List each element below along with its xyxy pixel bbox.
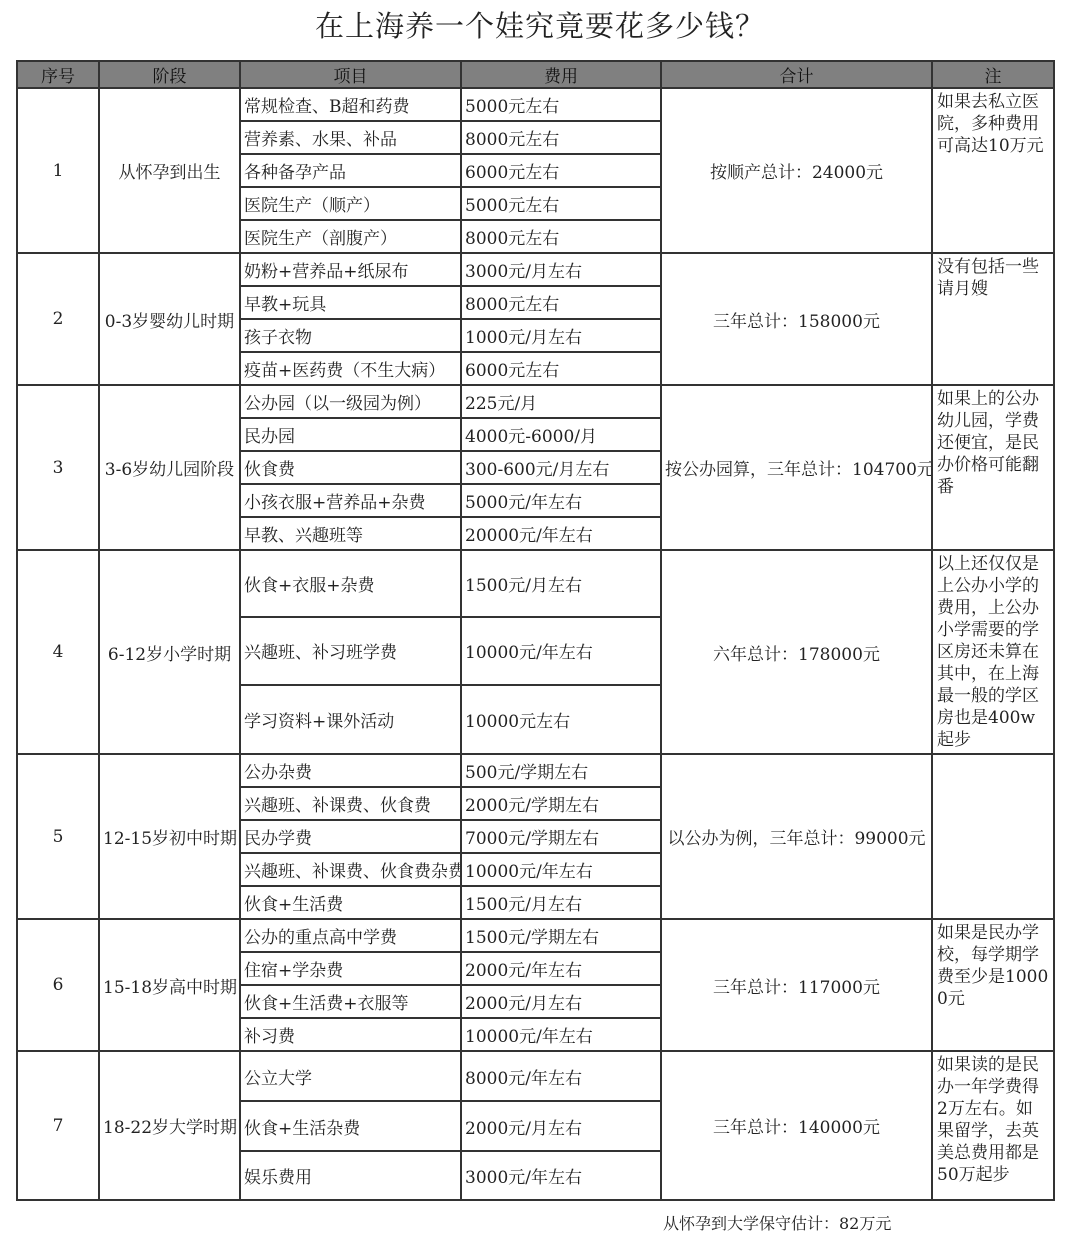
header-stage: 阶段 <box>99 61 240 88</box>
item-cell: 各种备孕产品 <box>240 154 461 187</box>
fee-cell: 1500元/月左右 <box>461 886 661 919</box>
table-row: 33-6岁幼儿园阶段公办园（以一级园为例）225元/月按公办园算，三年总计：10… <box>17 385 1054 418</box>
table-row: 512-15岁初中时期公办杂费500元/学期左右以公办为例，三年总计：99000… <box>17 754 1054 787</box>
item-cell: 民办园 <box>240 418 461 451</box>
stage-name-cell: 12-15岁初中时期 <box>99 754 240 919</box>
stage-note-cell <box>932 754 1054 919</box>
fee-cell: 2000元/月左右 <box>461 1101 661 1151</box>
stage-name-cell: 从怀孕到出生 <box>99 88 240 253</box>
stage-note-cell: 以上还仅仅是上公办小学的费用，上公办小学需要的学区房还未算在其中，在上海最一般的… <box>932 550 1054 754</box>
item-cell: 伙食+生活杂费 <box>240 1101 461 1151</box>
fee-cell: 225元/月 <box>461 385 661 418</box>
stage-number-cell: 7 <box>17 1051 99 1200</box>
stage-total-cell: 以公办为例，三年总计：99000元 <box>661 754 932 919</box>
header-note: 注 <box>932 61 1054 88</box>
fee-cell: 500元/学期左右 <box>461 754 661 787</box>
item-cell: 孩子衣物 <box>240 319 461 352</box>
table-row: 46-12岁小学时期伙食+衣服+杂费1500元/月左右六年总计：178000元以… <box>17 550 1054 617</box>
item-cell: 公立大学 <box>240 1051 461 1101</box>
item-cell: 兴趣班、补课费、伙食费 <box>240 787 461 820</box>
fee-cell: 6000元左右 <box>461 154 661 187</box>
fee-cell: 1500元/月左右 <box>461 550 661 617</box>
grand-total-footer: 从怀孕到大学保守估计：82万元 <box>663 1211 891 1234</box>
item-cell: 补习费 <box>240 1018 461 1051</box>
item-cell: 营养素、水果、补品 <box>240 121 461 154</box>
stage-name-cell: 18-22岁大学时期 <box>99 1051 240 1200</box>
fee-cell: 8000元左右 <box>461 286 661 319</box>
item-cell: 医院生产（剖腹产） <box>240 220 461 253</box>
item-cell: 民办学费 <box>240 820 461 853</box>
cost-table: 序号 阶段 项目 费用 合计 注 1从怀孕到出生常规检查、B超和药费5000元左… <box>16 60 1055 1201</box>
stage-number-cell: 4 <box>17 550 99 754</box>
fee-cell: 1000元/月左右 <box>461 319 661 352</box>
fee-cell: 5000元左右 <box>461 88 661 121</box>
item-cell: 学习资料+课外活动 <box>240 685 461 754</box>
item-cell: 伙食+生活费+衣服等 <box>240 985 461 1018</box>
item-cell: 娱乐费用 <box>240 1151 461 1200</box>
fee-cell: 2000元/月左右 <box>461 985 661 1018</box>
item-cell: 公办杂费 <box>240 754 461 787</box>
header-item: 项目 <box>240 61 461 88</box>
item-cell: 住宿+学杂费 <box>240 952 461 985</box>
fee-cell: 5000元左右 <box>461 187 661 220</box>
fee-cell: 6000元左右 <box>461 352 661 385</box>
fee-cell: 8000元/年左右 <box>461 1051 661 1101</box>
header-total: 合计 <box>661 61 932 88</box>
stage-number-cell: 2 <box>17 253 99 385</box>
fee-cell: 8000元左右 <box>461 121 661 154</box>
stage-number-cell: 5 <box>17 754 99 919</box>
item-cell: 小孩衣服+营养品+杂费 <box>240 484 461 517</box>
fee-cell: 2000元/年左右 <box>461 952 661 985</box>
fee-cell: 5000元/年左右 <box>461 484 661 517</box>
item-cell: 伙食+衣服+杂费 <box>240 550 461 617</box>
item-cell: 伙食+生活费 <box>240 886 461 919</box>
fee-cell: 1500元/学期左右 <box>461 919 661 952</box>
stage-note-cell: 如果去私立医院，多种费用可高达10万元 <box>932 88 1054 253</box>
item-cell: 公办的重点高中学费 <box>240 919 461 952</box>
fee-cell: 10000元左右 <box>461 685 661 754</box>
item-cell: 早教、兴趣班等 <box>240 517 461 550</box>
fee-cell: 10000元/年左右 <box>461 617 661 684</box>
stage-total-cell: 按顺产总计：24000元 <box>661 88 932 253</box>
item-cell: 公办园（以一级园为例） <box>240 385 461 418</box>
item-cell: 兴趣班、补习班学费 <box>240 617 461 684</box>
header-fee: 费用 <box>461 61 661 88</box>
stage-note-cell: 如果读的是民办一年学费得2万左右。如果留学，去英美总费用都是50万起步 <box>932 1051 1054 1200</box>
item-cell: 伙食费 <box>240 451 461 484</box>
stage-number-cell: 3 <box>17 385 99 550</box>
stage-total-cell: 三年总计：140000元 <box>661 1051 932 1200</box>
fee-cell: 10000元/年左右 <box>461 1018 661 1051</box>
stage-note-cell: 如果上的公办幼儿园，学费还便宜，是民办价格可能翻番 <box>932 385 1054 550</box>
stage-name-cell: 3-6岁幼儿园阶段 <box>99 385 240 550</box>
stage-note-cell: 如果是民办学校，每学期学费至少是10000元 <box>932 919 1054 1051</box>
stage-note-cell: 没有包括一些请月嫂 <box>932 253 1054 385</box>
table-row: 615-18岁高中时期公办的重点高中学费1500元/学期左右三年总计：11700… <box>17 919 1054 952</box>
fee-cell: 300-600元/月左右 <box>461 451 661 484</box>
item-cell: 疫苗+医药费（不生大病） <box>240 352 461 385</box>
stage-total-cell: 三年总计：117000元 <box>661 919 932 1051</box>
fee-cell: 8000元左右 <box>461 220 661 253</box>
stage-number-cell: 6 <box>17 919 99 1051</box>
stage-number-cell: 1 <box>17 88 99 253</box>
item-cell: 常规检查、B超和药费 <box>240 88 461 121</box>
item-cell: 早教+玩具 <box>240 286 461 319</box>
stage-total-cell: 六年总计：178000元 <box>661 550 932 754</box>
item-cell: 兴趣班、补课费、伙食费杂费等 <box>240 853 461 886</box>
fee-cell: 2000元/学期左右 <box>461 787 661 820</box>
stage-name-cell: 15-18岁高中时期 <box>99 919 240 1051</box>
fee-cell: 10000元/年左右 <box>461 853 661 886</box>
table-row: 1从怀孕到出生常规检查、B超和药费5000元左右按顺产总计：24000元如果去私… <box>17 88 1054 121</box>
fee-cell: 7000元/学期左右 <box>461 820 661 853</box>
header-no: 序号 <box>17 61 99 88</box>
table-row: 20-3岁婴幼儿时期奶粉+营养品+纸尿布3000元/月左右三年总计：158000… <box>17 253 1054 286</box>
stage-total-cell: 按公办园算，三年总计：104700元 <box>661 385 932 550</box>
page-title: 在上海养一个娃究竟要花多少钱？ <box>0 4 1080 45</box>
stage-name-cell: 0-3岁婴幼儿时期 <box>99 253 240 385</box>
table-header-row: 序号 阶段 项目 费用 合计 注 <box>17 61 1054 88</box>
fee-cell: 20000元/年左右 <box>461 517 661 550</box>
stage-name-cell: 6-12岁小学时期 <box>99 550 240 754</box>
fee-cell: 3000元/月左右 <box>461 253 661 286</box>
table-row: 718-22岁大学时期公立大学8000元/年左右三年总计：140000元如果读的… <box>17 1051 1054 1101</box>
item-cell: 医院生产（顺产） <box>240 187 461 220</box>
fee-cell: 4000元-6000/月 <box>461 418 661 451</box>
item-cell: 奶粉+营养品+纸尿布 <box>240 253 461 286</box>
fee-cell: 3000元/年左右 <box>461 1151 661 1200</box>
stage-total-cell: 三年总计：158000元 <box>661 253 932 385</box>
